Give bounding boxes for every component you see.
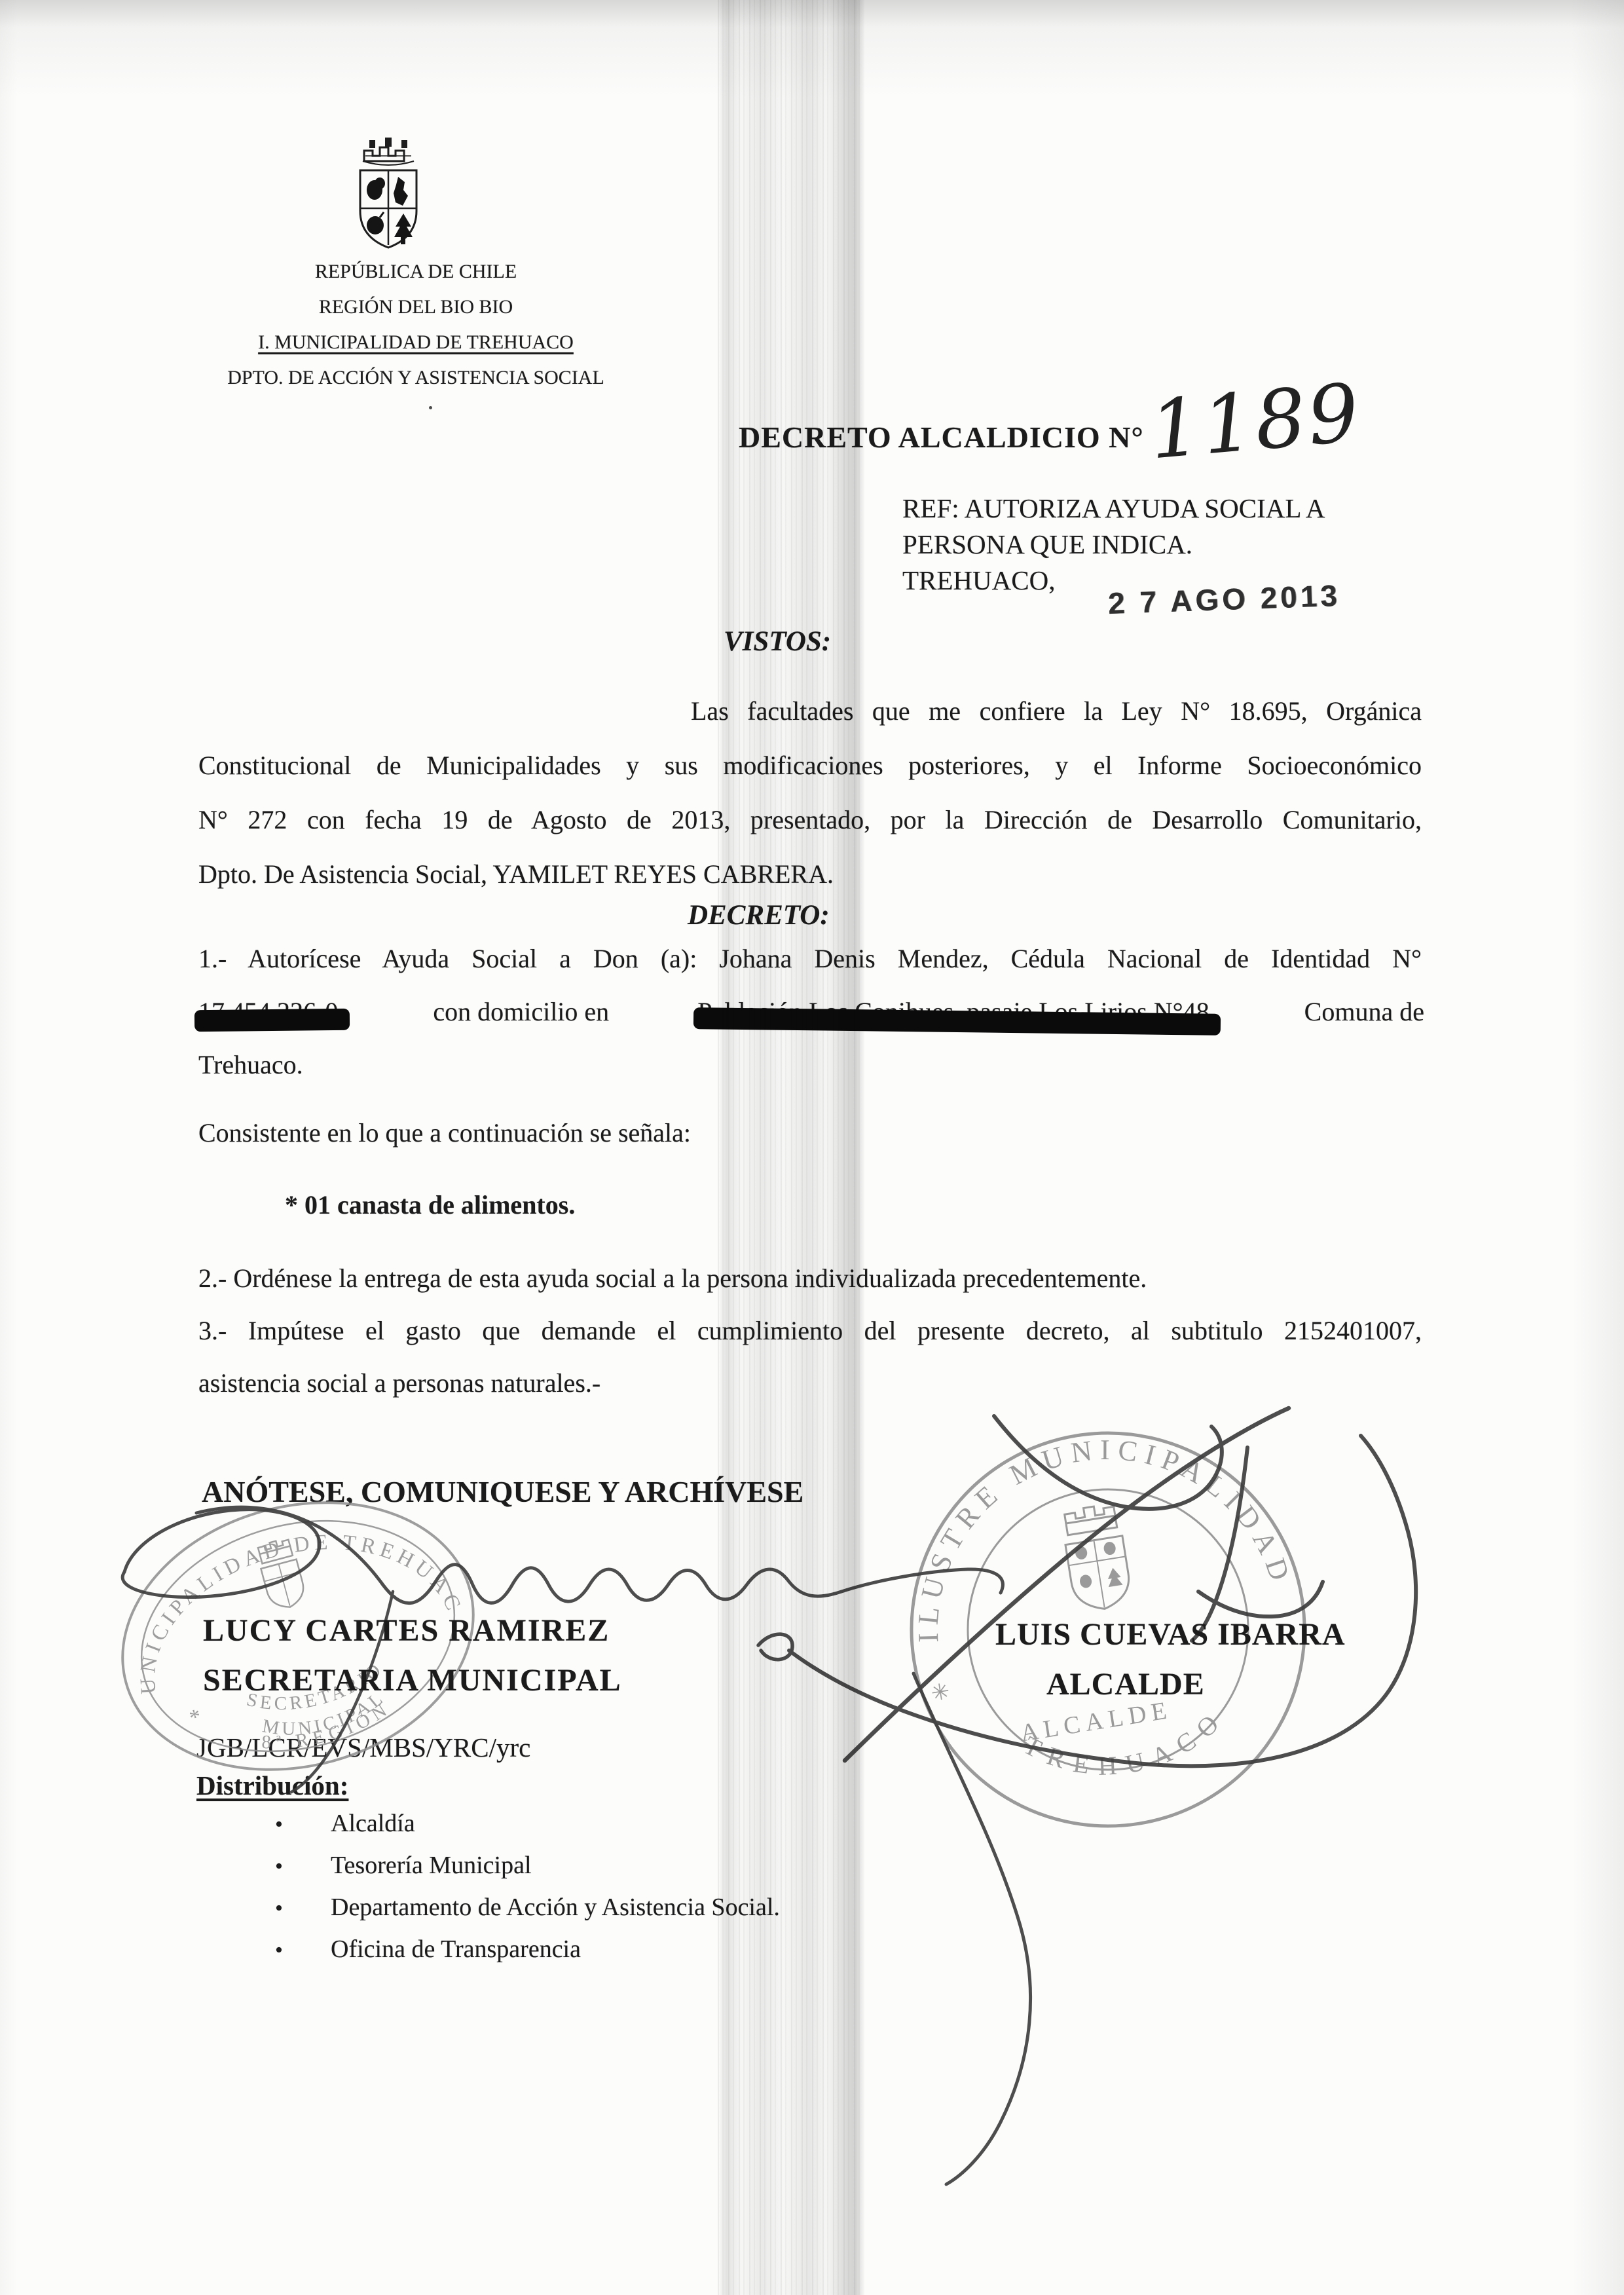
body-line: Trehuaco. [198,1048,303,1082]
bullet-icon: • [275,1896,331,1921]
right-stamp-star: ✳ [929,1679,951,1706]
signature-stroke [1198,1582,1323,1616]
distribution-item: • Alcaldía [275,1809,1061,1838]
letterhead-line: I. MUNICIPALIDAD DE TREHUACO [193,325,638,360]
letterhead-line: REGIÓN DEL BIO BIO [193,289,638,325]
bullet-icon: • [275,1938,331,1963]
signature-stroke [845,1408,1289,1761]
signatory-left-title: SECRETARIA MUNICIPAL [203,1664,622,1698]
body-line: Las facultades que me confiere la Ley N°… [691,694,1422,728]
body-line: 3.- Impútese el gasto que demande el cum… [198,1314,1422,1348]
letterhead-line: REPÚBLICA DE CHILE [193,254,638,289]
right-stamp-top-text: ILUSTRE MUNICIPALIDAD [885,1406,1299,1647]
right-stamp-bottom-text: TREHUACO [1015,1699,1238,1796]
signatory-right-title: ALCALDE [1046,1668,1205,1702]
signature-stroke [122,1510,320,1597]
body-line: 2.- Ordénese la entrega de esta ayuda so… [198,1261,1147,1296]
body-line: Dpto. De Asistencia Social, YAMILET REYE… [198,857,834,891]
distribution-item: • Oficina de Transparencia [275,1935,1061,1964]
ref-line: TREHUACO, [902,563,1055,597]
body-line: 1.- Autorícese Ayuda Social a Don (a): J… [198,942,1422,976]
signature-stroke [789,1436,1416,1766]
bullet-icon: • [275,1812,331,1837]
handwritten-decree-number: 1189 [1145,375,1302,479]
date-stamp: 2 7 AGO 2013 [1107,578,1341,621]
body-text: Comuna de [1304,995,1424,1029]
distribution-item: • Departamento de Acción y Asistencia So… [275,1893,1061,1922]
initials-line: JGB/LCR/EVS/MBS/YRC/yrc [196,1730,530,1764]
scanned-decree-page: REPÚBLICA DE CHILE REGIÓN DEL BIO BIO I.… [0,0,1624,2295]
signature-stroke [196,1507,1003,1603]
left-stamp-star: * [187,1704,204,1730]
letterhead: REPÚBLICA DE CHILE REGIÓN DEL BIO BIO I.… [193,254,638,396]
body-line: N° 272 con fecha 19 de Agosto de 2013, p… [198,803,1422,837]
redacted-line: 17.454.226-0, con domicilio en Población… [198,995,1424,1029]
svg-text:ILUSTRE MUNICIPALIDAD: ILUSTRE MUNICIPALIDAD [885,1406,1299,1647]
redacted-id: 17.454.226-0, [198,995,344,1029]
body-text: con domicilio en [433,995,609,1029]
distribution-item-label: Tesorería Municipal [331,1851,1061,1880]
closing-line: ANÓTESE, COMUNIQUESE Y ARCHÍVESE [202,1475,803,1509]
body-line: Consistente en lo que a continuación se … [198,1116,691,1150]
distribution-item-label: Alcaldía [331,1809,1061,1838]
vistos-label: VISTOS: [724,625,831,659]
signature-stroke [913,1673,1031,2184]
ref-line: REF: AUTORIZA AYUDA SOCIAL A [902,491,1325,525]
distribution-item-label: Departamento de Acción y Asistencia Soci… [331,1893,1061,1922]
bullet-icon: • [275,1854,331,1879]
signature-stroke [994,1416,1222,1509]
signatory-right-name: LUIS CUEVAS IBARRA [995,1618,1346,1652]
ref-line: PERSONA QUE INDICA. [902,527,1192,561]
signature-stroke [1192,1447,1247,1641]
signature-stroke [758,1634,792,1660]
svg-text:TREHUACO: TREHUACO [1015,1699,1238,1796]
decree-number-text: 1189 [1146,366,1365,477]
redacted-address: Población Los Conihues, pasaje Los Lirio… [697,995,1215,1029]
decreto-label: DECRETO: [688,899,830,933]
coat-of-arms-icon [346,130,431,264]
body-line: Constitucional de Municipalidades y sus … [198,749,1422,783]
body-line: asistencia social a personas naturales.- [198,1366,600,1400]
benefit-line: * 01 canasta de alimentos. [285,1188,575,1222]
signatory-left-name: LUCY CARTES RAMIREZ [203,1614,610,1648]
ink-speck [429,406,432,409]
letterhead-line: DPTO. DE ACCIÓN Y ASISTENCIA SOCIAL [193,360,638,396]
distribution-label: Distribución: [196,1768,348,1802]
distribution-item-label: Oficina de Transparencia [331,1935,1061,1964]
distribution-item: • Tesorería Municipal [275,1851,1061,1880]
decree-title: DECRETO ALCALDICIO N° [739,420,1144,455]
right-stamp-middle-text: ALCALDE [1018,1696,1173,1747]
